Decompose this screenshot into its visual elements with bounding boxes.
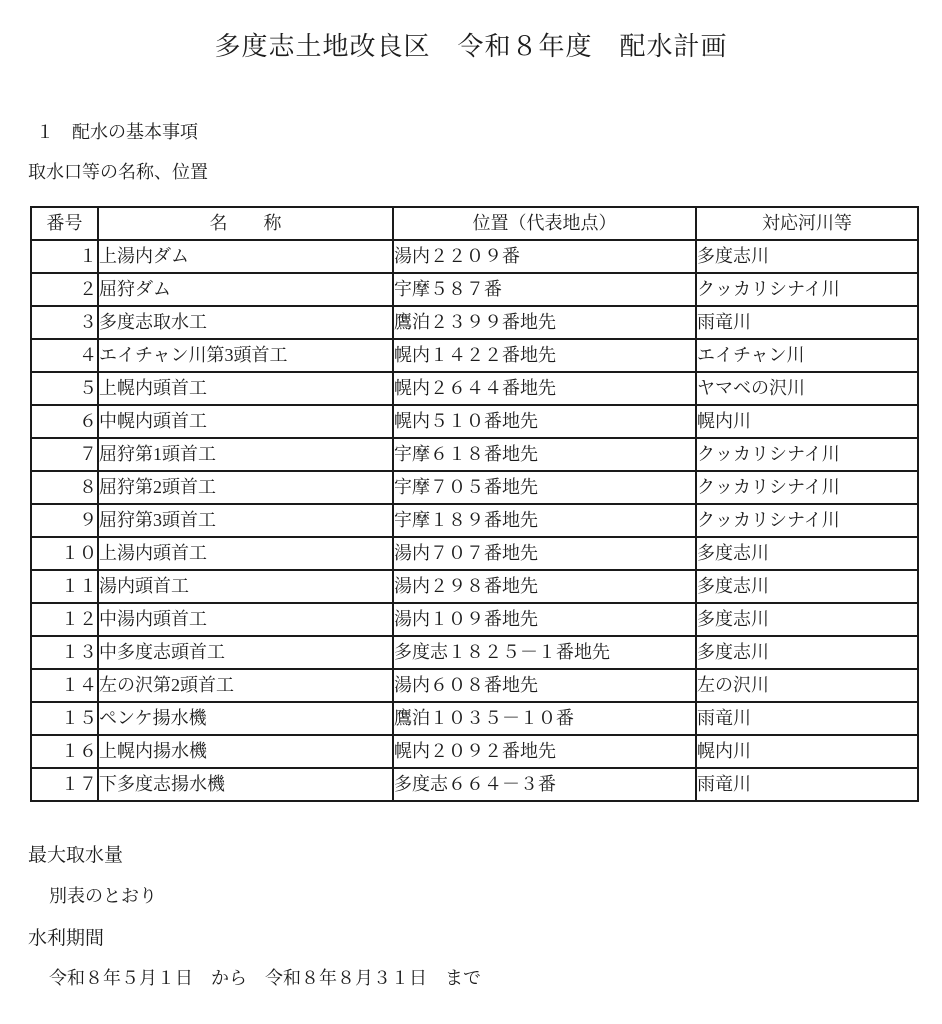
cell-number: １３ — [31, 636, 98, 669]
cell-number: １２ — [31, 603, 98, 636]
cell-location: 幌内５１０番地先 — [393, 405, 696, 438]
table-row: １３中多度志頭首工多度志１８２５－１番地先多度志川 — [31, 636, 918, 669]
cell-number: ２ — [31, 273, 98, 306]
cell-number: ５ — [31, 372, 98, 405]
table-row: １６上幌内揚水機幌内２０９２番地先幌内川 — [31, 735, 918, 768]
cell-name: 中幌内頭首工 — [98, 405, 393, 438]
cell-number: ７ — [31, 438, 98, 471]
cell-name: 下多度志揚水機 — [98, 768, 393, 801]
page-title: 多度志土地改良区 令和８年度 配水計画 — [0, 26, 942, 63]
table-caption: 取水口等の名称、位置 — [28, 158, 208, 184]
cell-location: 湯内１０９番地先 — [393, 603, 696, 636]
section-heading: １ 配水の基本事項 — [36, 118, 198, 144]
cell-number: ４ — [31, 339, 98, 372]
cell-number: ８ — [31, 471, 98, 504]
cell-number: １４ — [31, 669, 98, 702]
cell-name: 上幌内頭首工 — [98, 372, 393, 405]
col-header-name: 名 称 — [98, 207, 393, 240]
cell-river: クッカリシナイ川 — [696, 471, 918, 504]
cell-location: 湯内６０８番地先 — [393, 669, 696, 702]
cell-number: ６ — [31, 405, 98, 438]
cell-name: 湯内頭首工 — [98, 570, 393, 603]
cell-river: 多度志川 — [696, 537, 918, 570]
col-header-number: 番号 — [31, 207, 98, 240]
table-row: １上湯内ダム湯内２２０９番多度志川 — [31, 240, 918, 273]
cell-river: 多度志川 — [696, 570, 918, 603]
cell-name: エイチャン川第3頭首工 — [98, 339, 393, 372]
table-row: １０上湯内頭首工湯内７０７番地先多度志川 — [31, 537, 918, 570]
cell-name: 多度志取水工 — [98, 306, 393, 339]
cell-location: 宇摩６１８番地先 — [393, 438, 696, 471]
cell-number: １７ — [31, 768, 98, 801]
cell-name: 中多度志頭首工 — [98, 636, 393, 669]
cell-location: 鷹泊２３９９番地先 — [393, 306, 696, 339]
cell-river: 多度志川 — [696, 603, 918, 636]
period-heading: 水利期間 — [28, 923, 104, 950]
cell-number: ９ — [31, 504, 98, 537]
cell-location: 鷹泊１０３５－１０番 — [393, 702, 696, 735]
table-body: １上湯内ダム湯内２２０９番多度志川２屈狩ダム宇摩５８７番クッカリシナイ川３多度志… — [31, 240, 918, 801]
cell-river: 雨竜川 — [696, 306, 918, 339]
cell-location: 幌内２０９２番地先 — [393, 735, 696, 768]
cell-location: 湯内７０７番地先 — [393, 537, 696, 570]
col-header-location: 位置（代表地点） — [393, 207, 696, 240]
cell-number: １０ — [31, 537, 98, 570]
table-row: ８屈狩第2頭首工宇摩７０５番地先クッカリシナイ川 — [31, 471, 918, 504]
intake-table: 番号 名 称 位置（代表地点） 対応河川等 １上湯内ダム湯内２２０９番多度志川２… — [30, 206, 919, 802]
cell-location: 湯内２２０９番 — [393, 240, 696, 273]
table-row: １４左の沢第2頭首工湯内６０８番地先左の沢川 — [31, 669, 918, 702]
table-row: ９屈狩第3頭首工宇摩１８９番地先クッカリシナイ川 — [31, 504, 918, 537]
cell-location: 湯内２９８番地先 — [393, 570, 696, 603]
cell-river: 幌内川 — [696, 735, 918, 768]
table-row: ４エイチャン川第3頭首工幌内１４２２番地先エイチャン川 — [31, 339, 918, 372]
table-row: ３多度志取水工鷹泊２３９９番地先雨竜川 — [31, 306, 918, 339]
table-row: ６中幌内頭首工幌内５１０番地先幌内川 — [31, 405, 918, 438]
cell-river: 多度志川 — [696, 636, 918, 669]
cell-location: 幌内１４２２番地先 — [393, 339, 696, 372]
cell-name: 屈狩第1頭首工 — [98, 438, 393, 471]
cell-location: 多度志１８２５－１番地先 — [393, 636, 696, 669]
table-row: １１湯内頭首工湯内２９８番地先多度志川 — [31, 570, 918, 603]
table-header-row: 番号 名 称 位置（代表地点） 対応河川等 — [31, 207, 918, 240]
table-row: １２中湯内頭首工湯内１０９番地先多度志川 — [31, 603, 918, 636]
cell-river: クッカリシナイ川 — [696, 504, 918, 537]
cell-location: 幌内２６４４番地先 — [393, 372, 696, 405]
max-intake-heading: 最大取水量 — [28, 840, 123, 867]
cell-number: １ — [31, 240, 98, 273]
cell-name: 屈狩第3頭首工 — [98, 504, 393, 537]
cell-river: 雨竜川 — [696, 768, 918, 801]
cell-number: ３ — [31, 306, 98, 339]
cell-river: クッカリシナイ川 — [696, 438, 918, 471]
cell-river: 幌内川 — [696, 405, 918, 438]
table-row: ５上幌内頭首工幌内２６４４番地先ヤマベの沢川 — [31, 372, 918, 405]
cell-name: 上幌内揚水機 — [98, 735, 393, 768]
cell-name: ペンケ揚水機 — [98, 702, 393, 735]
cell-name: 上湯内ダム — [98, 240, 393, 273]
table-row: １５ペンケ揚水機鷹泊１０３５－１０番雨竜川 — [31, 702, 918, 735]
cell-river: 左の沢川 — [696, 669, 918, 702]
col-header-river: 対応河川等 — [696, 207, 918, 240]
period-value: 令和８年５月１日 から 令和８年８月３１日 まで — [49, 964, 481, 990]
max-intake-value: 別表のとおり — [49, 882, 157, 908]
cell-number: １１ — [31, 570, 98, 603]
table-header: 番号 名 称 位置（代表地点） 対応河川等 — [31, 207, 918, 240]
cell-number: １５ — [31, 702, 98, 735]
cell-location: 宇摩７０５番地先 — [393, 471, 696, 504]
cell-name: 屈狩第2頭首工 — [98, 471, 393, 504]
table-row: １７下多度志揚水機多度志６６４－３番雨竜川 — [31, 768, 918, 801]
cell-river: 多度志川 — [696, 240, 918, 273]
cell-location: 多度志６６４－３番 — [393, 768, 696, 801]
cell-name: 上湯内頭首工 — [98, 537, 393, 570]
cell-location: 宇摩１８９番地先 — [393, 504, 696, 537]
table-row: ２屈狩ダム宇摩５８７番クッカリシナイ川 — [31, 273, 918, 306]
cell-river: 雨竜川 — [696, 702, 918, 735]
cell-location: 宇摩５８７番 — [393, 273, 696, 306]
cell-river: ヤマベの沢川 — [696, 372, 918, 405]
cell-river: クッカリシナイ川 — [696, 273, 918, 306]
cell-name: 左の沢第2頭首工 — [98, 669, 393, 702]
cell-number: １６ — [31, 735, 98, 768]
cell-name: 中湯内頭首工 — [98, 603, 393, 636]
cell-name: 屈狩ダム — [98, 273, 393, 306]
table-row: ７屈狩第1頭首工宇摩６１８番地先クッカリシナイ川 — [31, 438, 918, 471]
cell-river: エイチャン川 — [696, 339, 918, 372]
